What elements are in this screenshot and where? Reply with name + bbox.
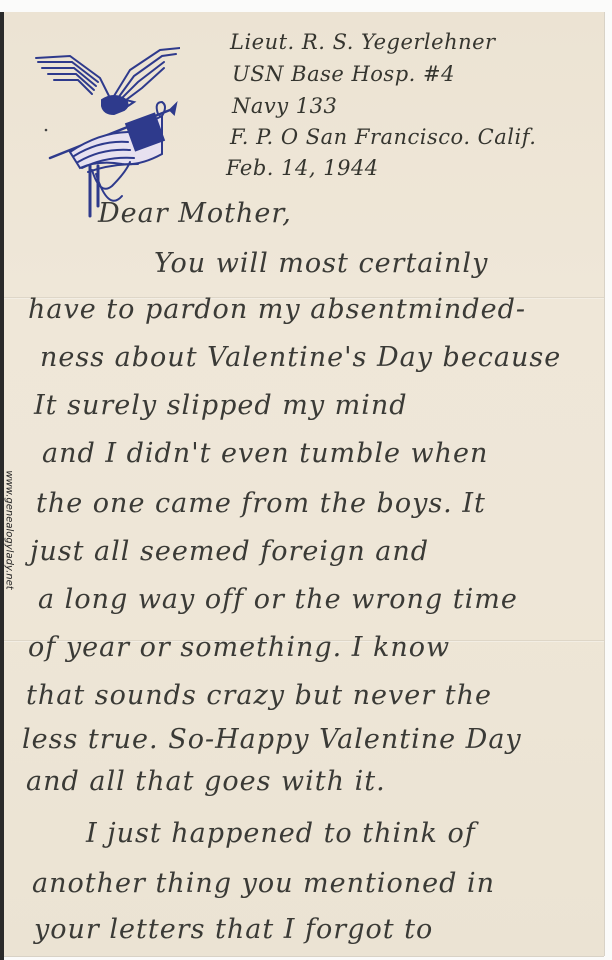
letter-date: Feb. 14, 1944 (226, 156, 379, 180)
body-line-1: You will most certainly (154, 248, 488, 279)
watermark: www.genealogylady.net (2, 455, 16, 605)
body-line-3: ness about Valentine's Day because (40, 342, 561, 373)
body-line-4: It surely slipped my mind (34, 390, 408, 421)
body-line-5: and I didn't even tumble when (42, 438, 488, 469)
body-line-6: the one came from the boys. It (36, 488, 486, 519)
address-line-unit: USN Base Hosp. #4 (232, 62, 455, 86)
body-line-7: just all seemed foreign and (30, 536, 429, 567)
address-line-fpo: F. P. O San Francisco. Calif. (230, 125, 536, 149)
body-line-11: less true. So-Happy Valentine Day (22, 724, 522, 755)
address-line-navy: Navy 133 (232, 94, 337, 118)
body-line-2: have to pardon my absentminded- (28, 294, 526, 325)
watermark-text: www.genealogylady.net (4, 470, 15, 589)
body-line-15: your letters that I forgot to (34, 914, 433, 945)
body-line-10: that sounds crazy but never the (26, 680, 492, 711)
address-line-name: Lieut. R. S. Yegerlehner (230, 30, 496, 54)
body-line-8: a long way off or the wrong time (38, 584, 518, 615)
body-line-12: and all that goes with it. (26, 766, 386, 797)
body-line-9: of year or something. I know (28, 632, 450, 663)
body-line-13: I just happened to think of (86, 818, 476, 849)
letter-page: Lieut. R. S. Yegerlehner USN Base Hosp. … (4, 12, 604, 956)
body-line-14: another thing you mentioned in (32, 868, 495, 899)
salutation: Dear Mother, (98, 198, 292, 229)
